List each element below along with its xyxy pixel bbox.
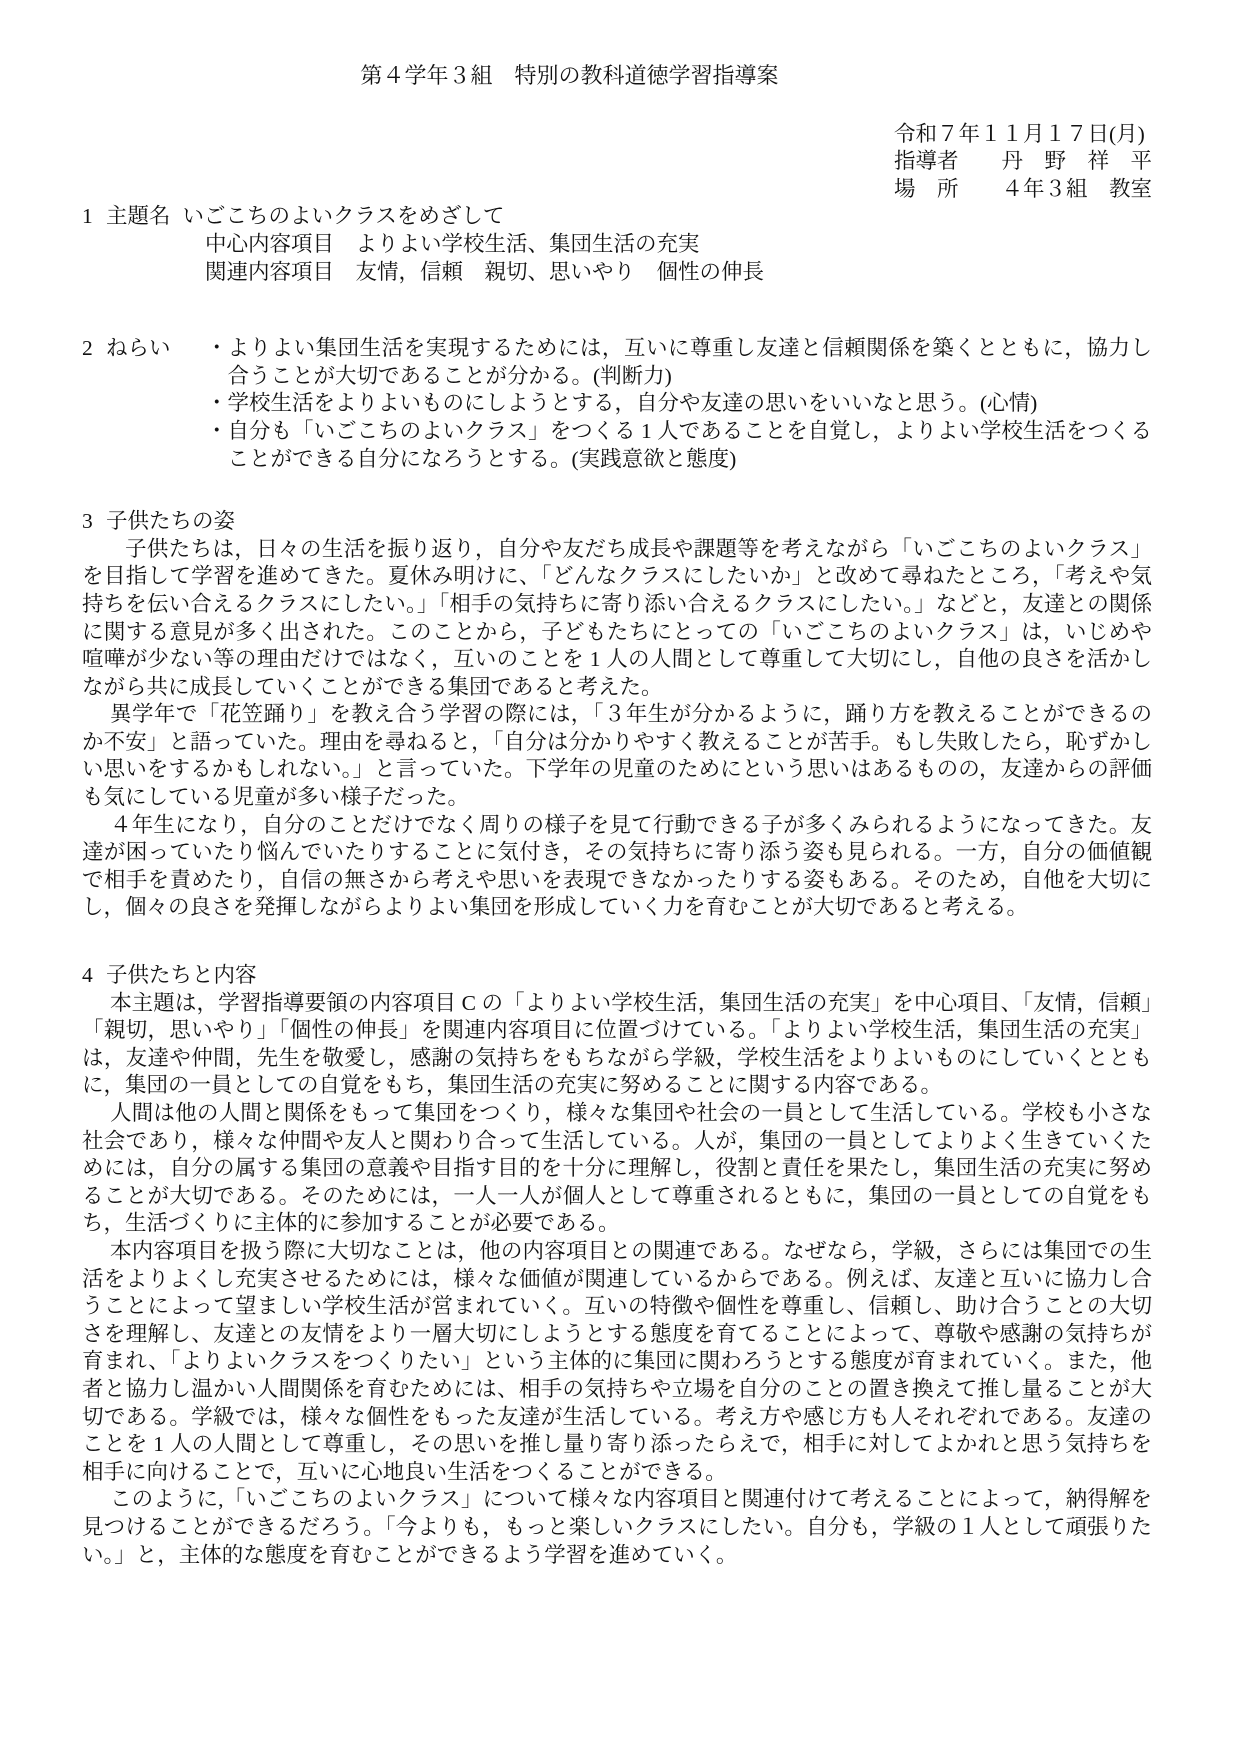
section-aims-heading: 2 ねらい [82, 335, 171, 363]
body-paragraph: 異学年で「花笠踊り」を教え合う学習の際には，「３年生が分かるように，踊り方を教え… [82, 701, 1152, 811]
section-number: 1 [82, 203, 106, 231]
bullet-marker: ・ [206, 418, 228, 473]
instructor-line: 指導者 丹 野 祥 平 [894, 148, 1152, 176]
body-paragraph: 人間は他の人間と関係をもって集団をつくり，様々な集団や社会の一員として生活してい… [82, 1100, 1152, 1238]
section-children-profile: 3 子供たちの姿 子供たちは，日々の生活を振り返り，自分や友だち成長や課題等を考… [82, 508, 1152, 922]
aims-list: ・ よりよい集団生活を実現するためには，互いに尊重し友達と信頼関係を築くとともに… [82, 335, 1152, 473]
date-line: 令和７年１１月１７日(月) [894, 121, 1152, 149]
body-paragraph: 本主題は，学習指導要領の内容項目 C の「よりよい学校生活，集団生活の充実」を中… [82, 990, 1152, 1100]
section-theme-heading: 1 主題名 いごこちのよいクラスをめざして [82, 203, 1152, 231]
section-theme: 1 主題名 いごこちのよいクラスをめざして 中心内容項目 よりよい学校生活、集団… [82, 203, 1152, 286]
body-paragraph: 本内容項目を扱う際に大切なことは，他の内容項目との関連である。なぜなら，学級，さ… [82, 1238, 1152, 1486]
section-number: 4 [82, 962, 106, 990]
section-label: ねらい [106, 335, 171, 363]
body-paragraph: 子供たちは，日々の生活を振り返り，自分や友だち成長や課題等を考えながら「いごこち… [82, 536, 1152, 702]
body-paragraph: ４年生になり，自分のことだけでなく周りの様子を見て行動できる子が多くみられるよう… [82, 812, 1152, 922]
aim-item: ・ 学校生活をよりよいものにしようとする，自分や友達の思いをいいなと思う。(心情… [227, 390, 1152, 418]
section-children-and-content: 4 子供たちと内容 本主題は，学習指導要領の内容項目 C の「よりよい学校生活，… [82, 962, 1152, 1569]
section-children-profile-heading: 3 子供たちの姿 [82, 508, 1152, 536]
page-title: 第４学年３組 特別の教科道徳学習指導案 [82, 62, 1152, 90]
section-children-and-content-heading: 4 子供たちと内容 [82, 962, 1152, 990]
section-aims: 2 ねらい ・ よりよい集団生活を実現するためには，互いに尊重し友達と信頼関係を… [82, 335, 1152, 473]
body-paragraph: このように,「いごこちのよいクラス」について様々な内容項目と関連付けて考えること… [82, 1486, 1152, 1569]
central-content-item-line: 中心内容項目 よりよい学校生活、集団生活の充実 [205, 231, 1152, 259]
bullet-marker: ・ [206, 390, 228, 418]
section-number: 2 [82, 335, 106, 363]
related-content-item-line: 関連内容項目 友情，信頼 親切、思いやり 個性の伸長 [205, 259, 1152, 287]
aim-item: ・ 自分も「いごこちのよいクラス」をつくる 1 人であることを自覚し，よりよい学… [227, 418, 1152, 473]
header-meta: 令和７年１１月１７日(月) 指導者 丹 野 祥 平 場 所 ４年３組 教室 [894, 121, 1152, 204]
place-line: 場 所 ４年３組 教室 [894, 176, 1152, 204]
aim-text: 学校生活をよりよいものにしようとする，自分や友達の思いをいいなと思う。(心情) [228, 390, 1152, 418]
aim-item: ・ よりよい集団生活を実現するためには，互いに尊重し友達と信頼関係を築くとともに… [227, 335, 1152, 390]
theme-content-items: 中心内容項目 よりよい学校生活、集団生活の充実 関連内容項目 友情，信頼 親切、… [82, 231, 1152, 286]
section-label: 子供たちと内容 [106, 962, 257, 990]
section-label: 主題名 [106, 203, 171, 231]
document-page: 第４学年３組 特別の教科道徳学習指導案 令和７年１１月１７日(月) 指導者 丹 … [0, 0, 1240, 1754]
section-label: 子供たちの姿 [106, 508, 235, 536]
bullet-marker: ・ [206, 335, 228, 390]
aim-text: 自分も「いごこちのよいクラス」をつくる 1 人であることを自覚し，よりよい学校生… [228, 418, 1152, 473]
theme-title-text: いごこちのよいクラスをめざして [183, 203, 505, 231]
section-number: 3 [82, 508, 106, 536]
aim-text: よりよい集団生活を実現するためには，互いに尊重し友達と信頼関係を築くとともに，協… [228, 335, 1152, 390]
